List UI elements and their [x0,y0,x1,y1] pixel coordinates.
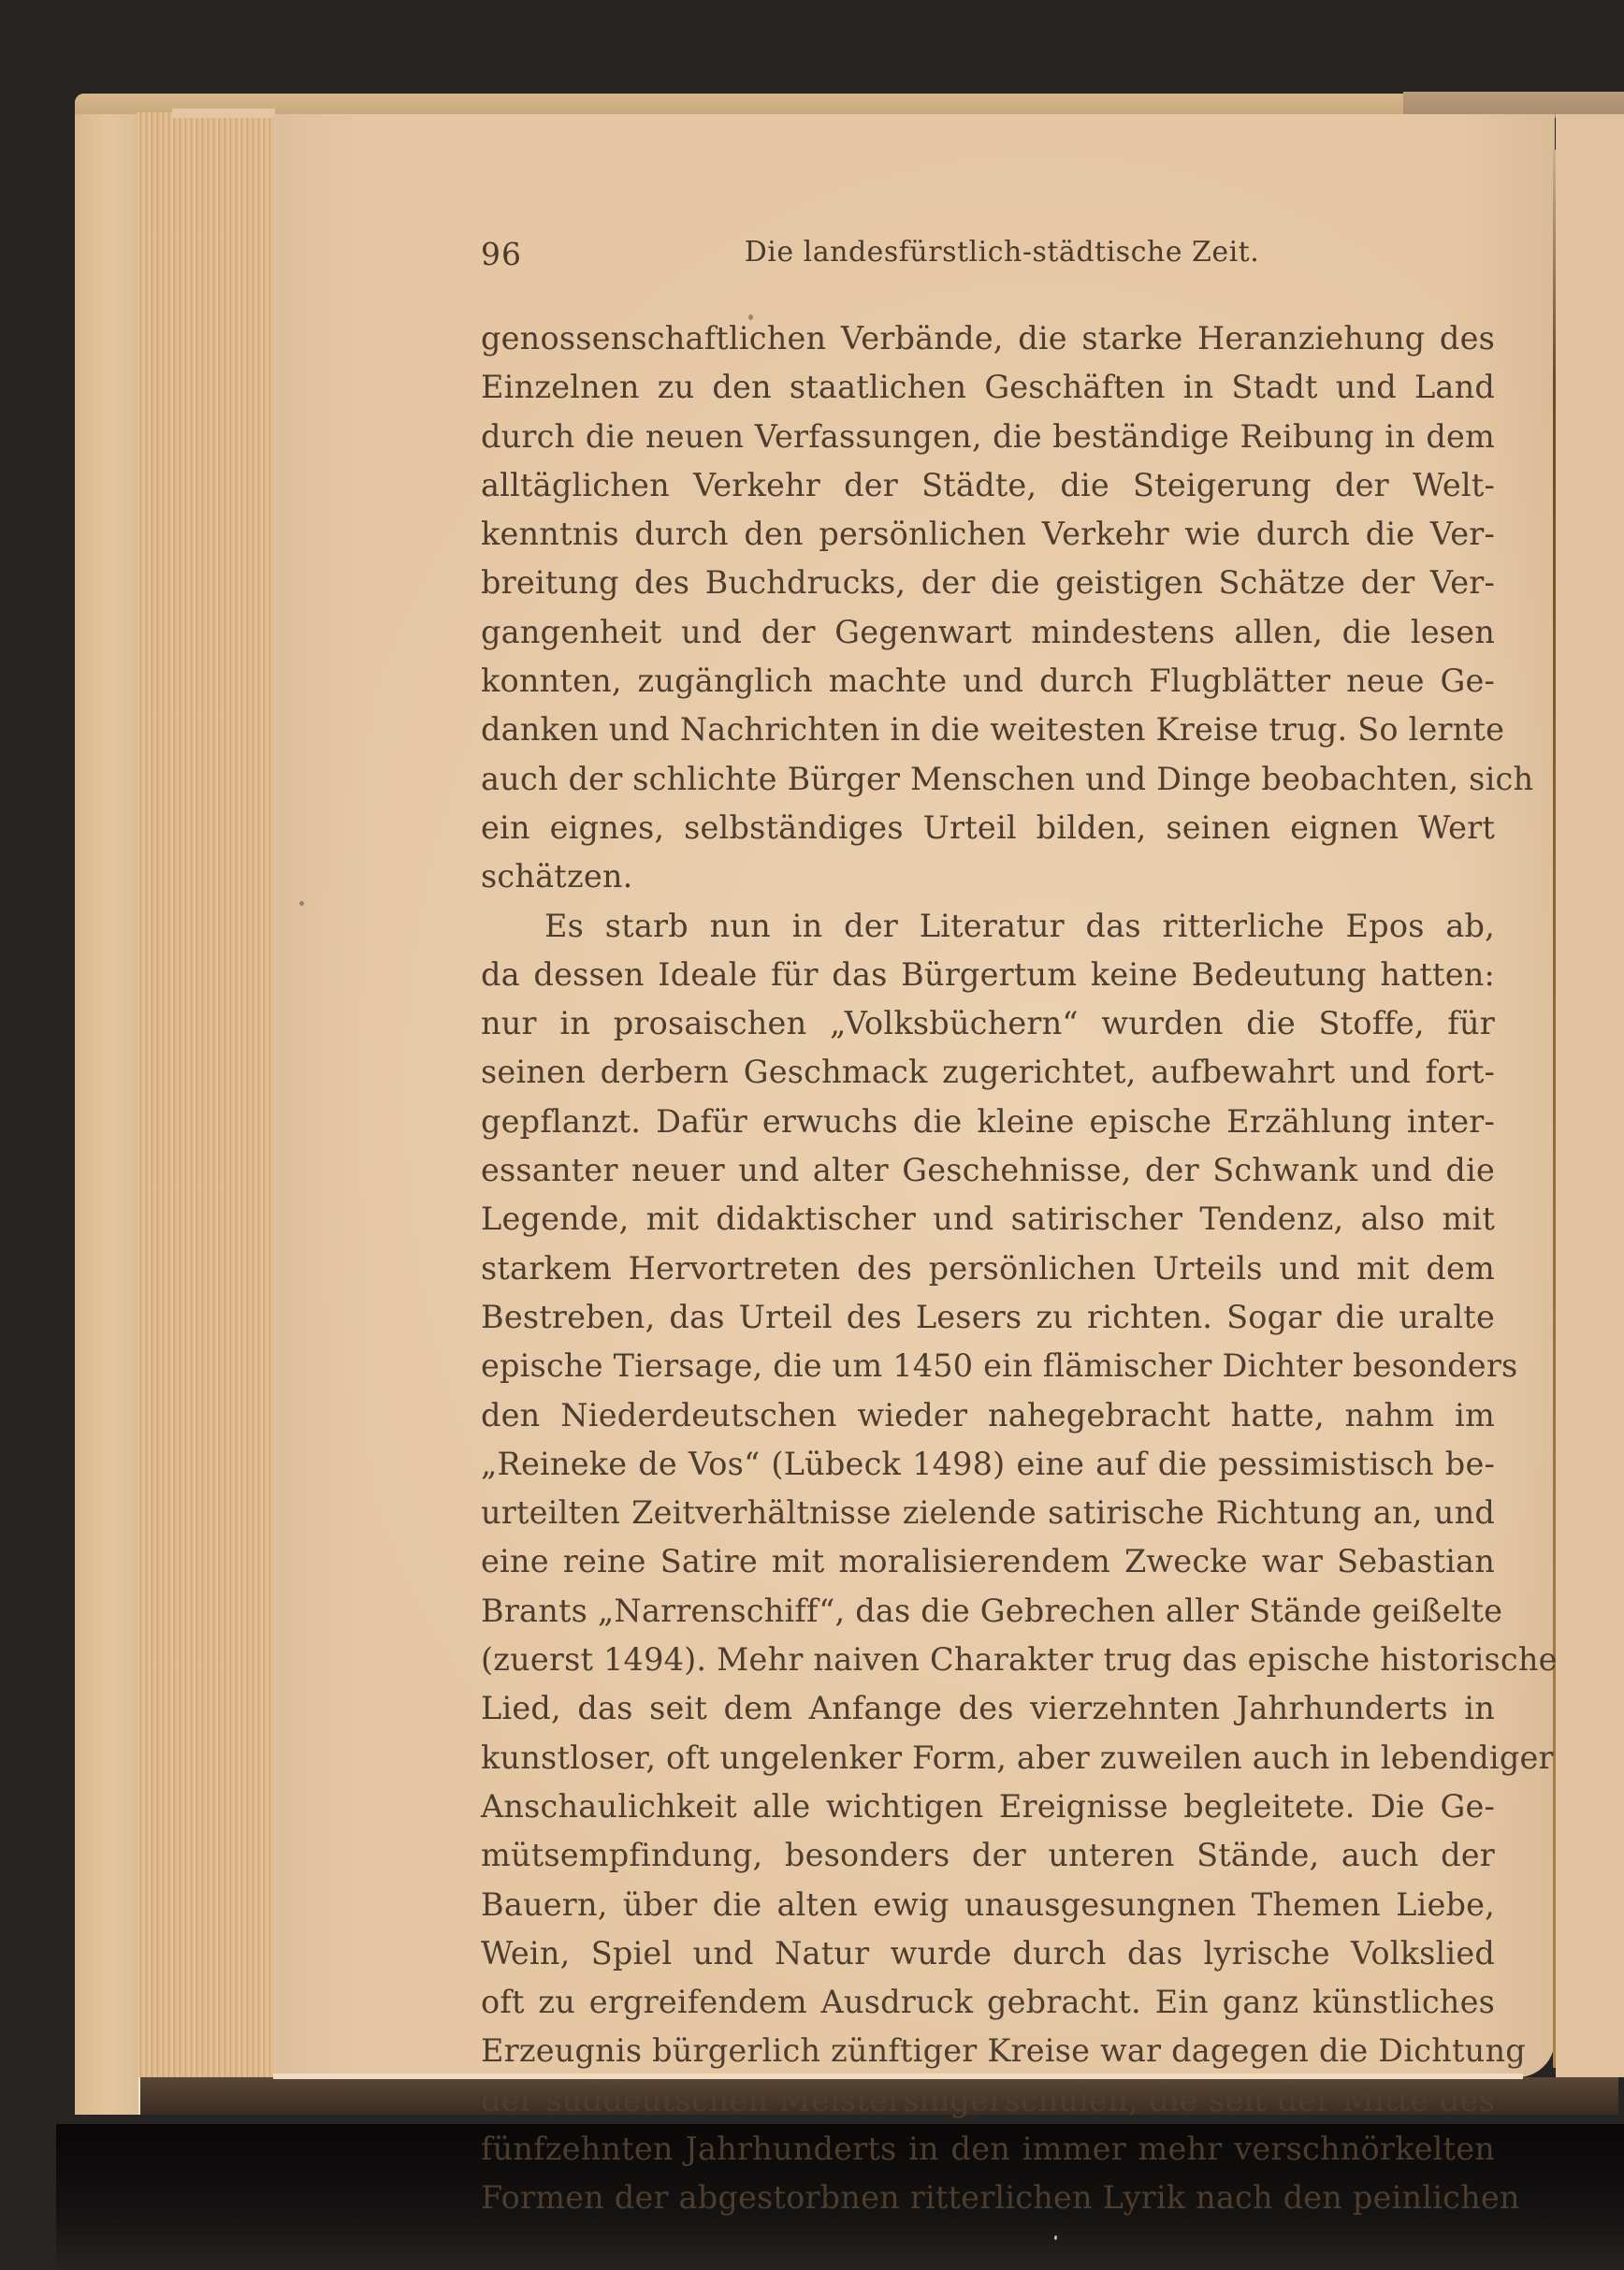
text-line: Lied, das seit dem Anfange des vierzehnt… [481,1684,1495,1733]
text-line: danken und Nachrichten in die weitesten … [481,706,1495,754]
text-line: durch die neuen Verfassungen, die bestän… [481,413,1495,461]
text-line: urteilten Zeitverhältnisse zielende sati… [481,1489,1495,1537]
text-line: Einzelnen zu den staatlichen Geschäften … [481,363,1495,412]
text-line: gepflanzt. Dafür erwuchs die kleine epis… [481,1098,1495,1146]
text-line: breitung des Buchdrucks, der die geistig… [481,559,1495,607]
text-line: Brants „Narrenschiff“, das die Gebrechen… [481,1587,1495,1636]
text-line: alltäglichen Verkehr der Städte, die Ste… [481,461,1495,510]
text-line: Bauern, über die alten ewig unausgesungn… [481,1881,1495,1929]
text-line: auch der schlichte Bürger Menschen und D… [481,755,1495,804]
text-line: starkem Hervortreten des persönlichen Ur… [481,1244,1495,1293]
text-line: gangenheit und der Gegenwart mindestens … [481,608,1495,657]
text-line: Formen der abgestorbnen ritterlichen Lyr… [481,2174,1495,2222]
book-page-right [1556,114,1624,2077]
text-line: Anschaulichkeit alle wichtigen Ereigniss… [481,1783,1495,1831]
page-stack-lip [172,109,275,118]
chapter-title: Die landesfürstlich-städtische Zeit. [481,236,1495,269]
text-line: da dessen Ideale für das Bürgertum keine… [481,951,1495,999]
book-cover-top [75,94,1624,114]
text-line: nur in prosaischen „Volksbüchern“ wurden… [481,999,1495,1048]
text-line: oft zu ergreifendem Ausdruck gebracht. E… [481,1978,1495,2027]
book-cover-left [75,94,140,2115]
text-line: seinen derbern Geschmack zugerichtet, au… [481,1048,1495,1097]
text-line: Wein, Spiel und Natur wurde durch das ly… [481,1929,1495,1978]
text-line: epische Tiersage, die um 1450 ein flämis… [481,1342,1495,1390]
text-line: kenntnis durch den persönlichen Verkehr … [481,510,1495,559]
text-line: ein eignes, selbständiges Urteil bilden,… [481,804,1495,852]
text-line: Erzeugnis bürgerlich zünftiger Kreise wa… [481,2027,1495,2075]
text-line: den Niederdeutschen wieder nahegebracht … [481,1391,1495,1440]
paper-speck [1054,2235,1057,2240]
text-line: (zuerst 1494). Mehr naiven Charakter tru… [481,1636,1495,1684]
book-gutter [1553,150,1556,2068]
text-line: konnten, zugänglich machte und durch Flu… [481,657,1495,706]
text-line: Bestreben, das Urteil des Lesers zu rich… [481,1293,1495,1342]
text-line: Legende, mit didaktischer und satirische… [481,1195,1495,1244]
text-line: mütsempfindung, besonders der unteren St… [481,1831,1495,1880]
text-line: „Reineke de Vos“ (Lübeck 1498) eine auf … [481,1440,1495,1489]
text-line: kunstloser, oft ungelenker Form, aber zu… [481,1734,1495,1783]
running-head: 96 Die landesfürstlich-städtische Zeit. [481,236,1495,283]
text-line: essanter neuer und alter Geschehnisse, d… [481,1146,1495,1195]
text-line: der süddeutschen Meistersingerschulen, d… [481,2076,1495,2125]
page-edge-stack [137,112,275,2077]
paragraph-start-line: Es starb nun in der Literatur das ritter… [481,902,1495,951]
paper-speck [299,901,304,906]
text-line: eine reine Satire mit moralisierendem Zw… [481,1537,1495,1586]
text-line: schätzen. [481,852,1495,901]
text-line: fünfzehnten Jahrhunderts in den immer me… [481,2125,1495,2174]
text-line: genossenschaftlichen Verbände, die stark… [481,314,1495,363]
body-text: genossenschaftlichen Verbände, die stark… [481,314,1495,2223]
